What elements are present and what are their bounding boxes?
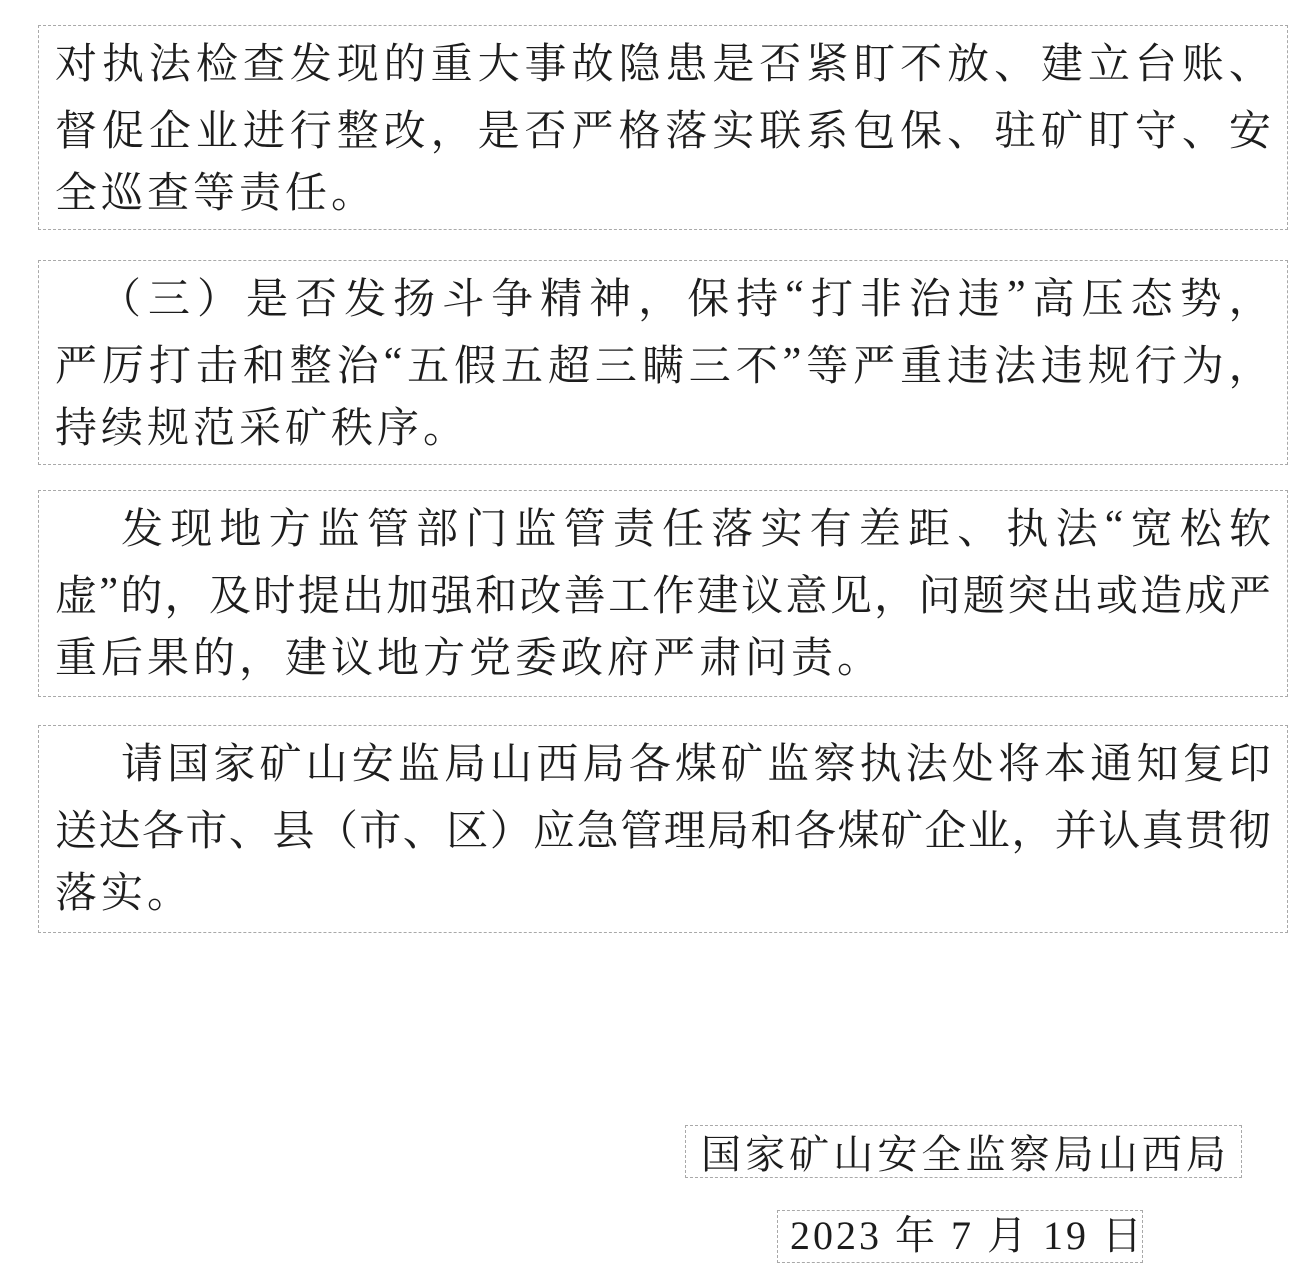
paragraph-block-4: 请国家矿山安监局山西局各煤矿监察执法处将本通知复印 送达各市、县（市、区）应急管… (38, 725, 1288, 933)
text-line: 送达各市、县（市、区）应急管理局和各煤矿企业，并认真贯彻 (55, 794, 1271, 861)
paragraph-block-2: （三）是否发扬斗争精神，保持“打非治违”高压态势， 严厉打击和整治“五假五超三瞒… (38, 260, 1288, 465)
text-line: 全巡查等责任。 (55, 161, 1271, 228)
text-line: （三）是否发扬斗争精神，保持“打非治违”高压态势， (55, 262, 1271, 329)
paragraph-block-1: 对执法检查发现的重大事故隐患是否紧盯不放、建立台账、 督促企业进行整改，是否严格… (38, 25, 1288, 230)
document-page: 对执法检查发现的重大事故隐患是否紧盯不放、建立台账、 督促企业进行整改，是否严格… (0, 0, 1305, 1280)
text-line: 对执法检查发现的重大事故隐患是否紧盯不放、建立台账、 (55, 27, 1271, 94)
text-line: 重后果的，建议地方党委政府严肃问责。 (55, 626, 1271, 693)
text-line: 严厉打击和整治“五假五超三瞒三不”等严重违法违规行为， (55, 329, 1271, 396)
text-line: 落实。 (55, 861, 1271, 928)
text-line: 督促企业进行整改，是否严格落实联系包保、驻矿盯守、安 (55, 94, 1271, 161)
text-line: 虚”的，及时提出加强和改善工作建议意见，问题突出或造成严 (55, 559, 1271, 626)
paragraph-block-3: 发现地方监管部门监管责任落实有差距、执法“宽松软 虚”的，及时提出加强和改善工作… (38, 490, 1288, 697)
issuer-signature: 国家矿山安全监察局山西局 (685, 1125, 1242, 1178)
text-line: 持续规范采矿秩序。 (55, 396, 1271, 463)
issue-date: 2023 年 7 月 19 日 (777, 1210, 1143, 1263)
text-line: 发现地方监管部门监管责任落实有差距、执法“宽松软 (55, 492, 1271, 559)
text-line: 请国家矿山安监局山西局各煤矿监察执法处将本通知复印 (55, 727, 1271, 794)
